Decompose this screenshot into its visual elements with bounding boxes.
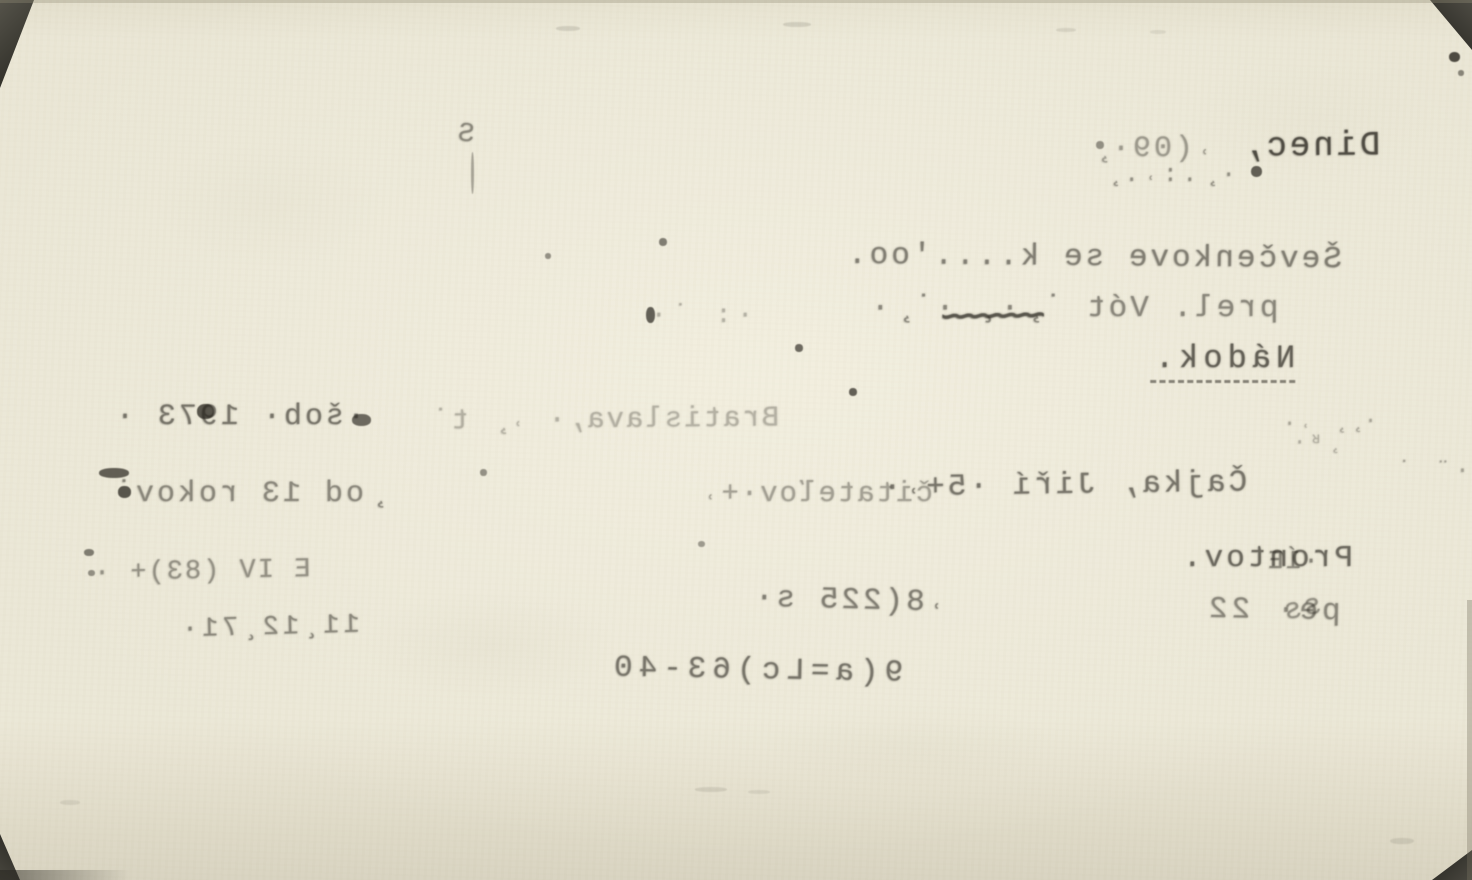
- ink-speck: [795, 344, 803, 352]
- scan-edge-shadow-top: [0, 0, 1472, 3]
- margin-date: 11˛12˛71·: [178, 611, 361, 646]
- ink-speck: [545, 253, 551, 259]
- sa-mark: S: [456, 119, 475, 151]
- ink-speck: [748, 790, 770, 794]
- ink-speck: [556, 26, 580, 31]
- scan-edge-shadow-bottom: [0, 870, 130, 880]
- photo-corner-top-right: [1430, 0, 1472, 50]
- number-center-bottom: 9(a=Lc)63-40: [608, 650, 904, 690]
- ink-speck: [659, 238, 667, 246]
- imprint-year: ·šob· 1973 ·: [113, 400, 365, 434]
- line-prel: prel. Vót ˙¸·˛ ·˙¸·: [868, 291, 1278, 326]
- paper-stain: [360, 590, 620, 700]
- ink-speck: [60, 800, 80, 805]
- ink-speck: [1449, 52, 1460, 62]
- cajka-age: ¸od 13 rokov˙: [112, 477, 385, 511]
- imprint-right-smudge-2: ¸ʶ·: [1290, 430, 1339, 455]
- header-author: Dinec,: [1240, 127, 1381, 166]
- ink-speck: [1150, 30, 1166, 34]
- margin-code: E IV (83)+ ·: [92, 555, 311, 589]
- photo-corner-top-left: [0, 0, 34, 88]
- cajka-trailing-marks: ·¨ ˙: [1392, 458, 1470, 485]
- ink-speck: [783, 22, 811, 27]
- paper-stain: [150, 140, 390, 270]
- photo-corner-bottom-left: [0, 834, 20, 880]
- line-sevcenko: Ševčenkove se k....'oo.: [845, 238, 1342, 277]
- ink-speck: [1390, 838, 1414, 844]
- ink-speck: [1251, 166, 1262, 177]
- scanned-document-page: Dinec,˒(09·¸·¸.:˒.¸SŠevčenkove se k....'…: [0, 0, 1472, 880]
- ink-speck: [695, 787, 727, 792]
- ink-speck: [1056, 28, 1076, 32]
- edge-pencil-mark-1: ·ĺE: [1266, 546, 1319, 576]
- scan-edge-shadow-right: [1467, 600, 1472, 880]
- ink-speck: [698, 541, 705, 547]
- ink-speck: [849, 388, 857, 396]
- imprint-city: Bratislava,· ˒¸ t˙: [430, 401, 780, 437]
- ink-speck: [471, 152, 474, 194]
- ink-speck: [84, 549, 94, 556]
- cajka-author: Čajka, Jiří ·5+˒·: [880, 465, 1248, 505]
- ink-speck: [1458, 70, 1464, 76]
- number-center-top: ˒8(225 s·: [752, 580, 947, 620]
- paper-stain: [760, 700, 1060, 790]
- prel-leading-dots: ·: ˙·: [645, 300, 753, 330]
- heading-underlined: Nádok.: [1150, 340, 1295, 383]
- header-underdots: ·¸.:˒.¸: [1100, 162, 1236, 189]
- photo-corner-bottom-right: [1432, 850, 1472, 880]
- ink-speck: [480, 469, 487, 476]
- header-number: ˒(09·¸: [1088, 132, 1214, 166]
- prel-underline-squiggle: ~~~~~~~: [946, 298, 1046, 337]
